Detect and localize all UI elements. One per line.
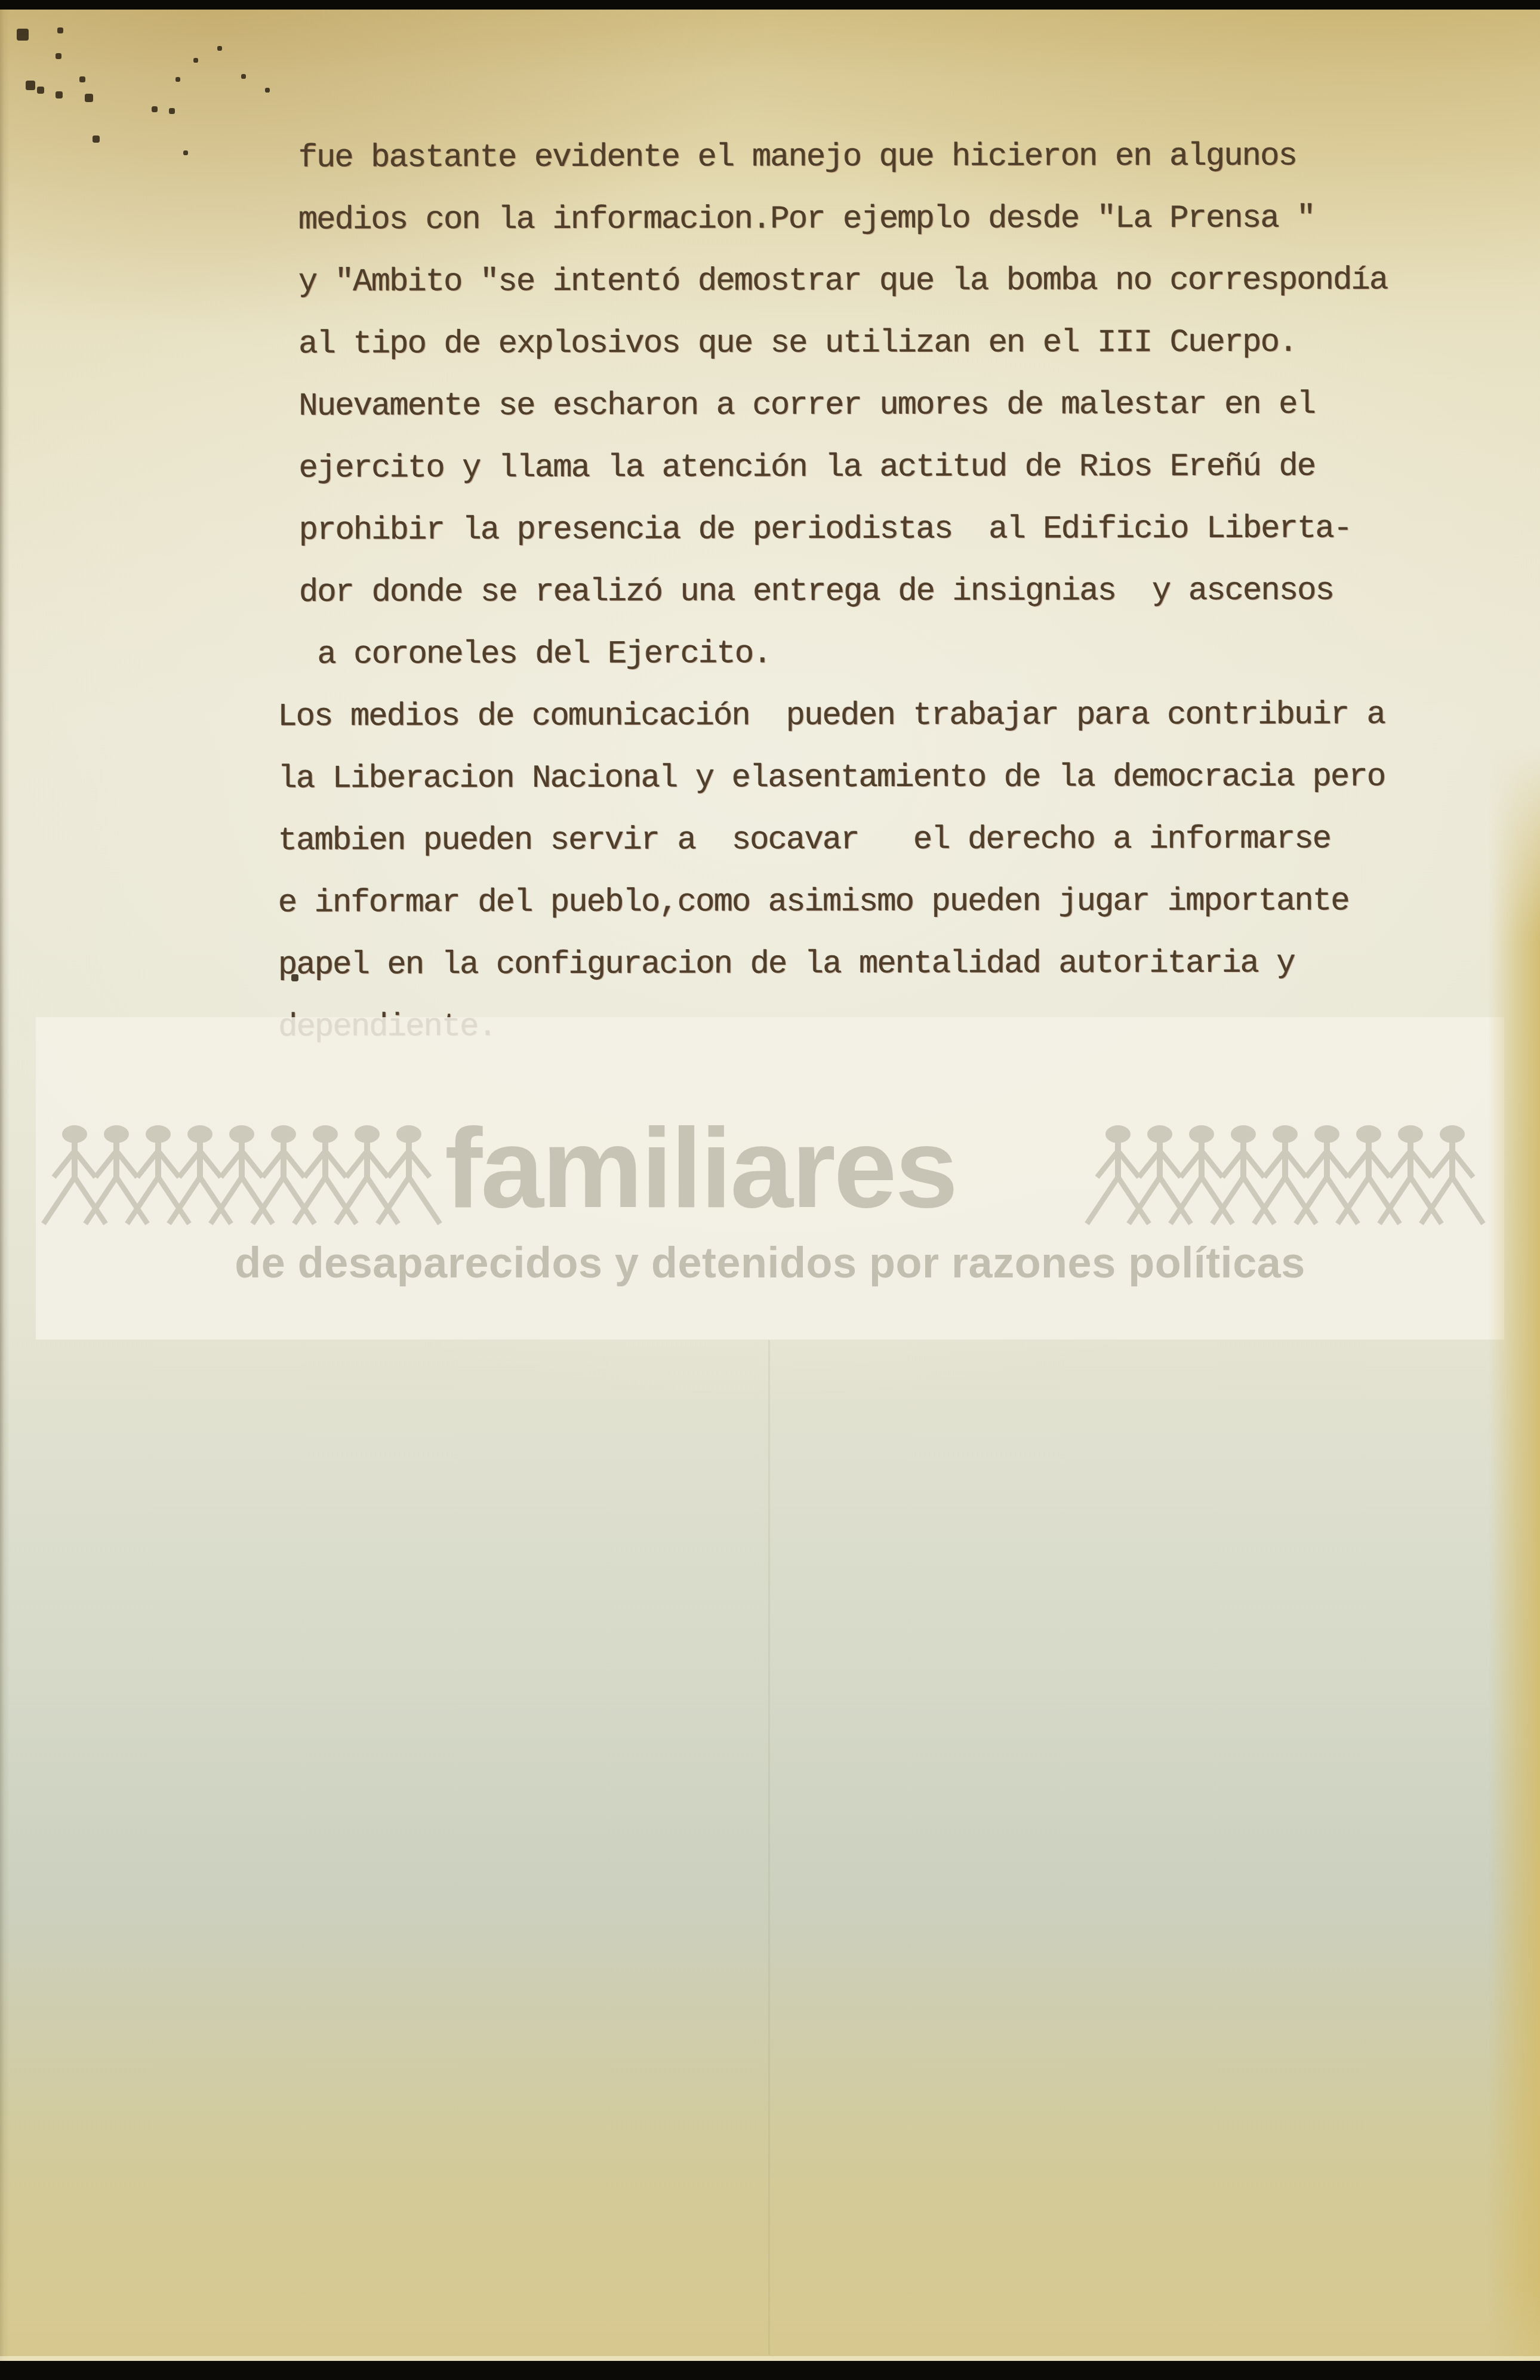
typewritten-line: papel en la configuracion de la mentalid… (278, 932, 1496, 997)
typewritten-line: medios con la informacion.Por ejemplo de… (277, 187, 1495, 252)
typewritten-line: dor donde se realizó una entrega de insi… (278, 560, 1495, 624)
typewritten-line: e informar del pueblo,como asimismo pued… (278, 870, 1496, 935)
scan-border-top (0, 0, 1540, 10)
watermark-band: familiares de desaparecidos y detenidos … (36, 1017, 1504, 1340)
scan-border-bottom (0, 2361, 1540, 2380)
typewritten-line: y "Ambito "se intentó demostrar que la b… (277, 250, 1495, 314)
typewritten-line: tambien pueden servir a socavar el derec… (278, 808, 1496, 873)
paper-doll-chain-left-icon (54, 1123, 430, 1229)
watermark-title: familiares (445, 1112, 956, 1225)
scan-bottom-glow (0, 2356, 1540, 2361)
typewritten-line: al tipo de explosivos que se utilizan en… (277, 312, 1495, 376)
typewritten-line: Los medios de comunicación pueden trabaj… (278, 684, 1495, 749)
typewritten-line: prohibir la presencia de periodistas al … (278, 498, 1495, 562)
typewritten-text-block: fue bastante evidente el manejo que hici… (277, 125, 1496, 1059)
paper-doll-chain-right-icon (1097, 1123, 1473, 1229)
typewritten-line: Nuevamente se escharon a correr umores d… (277, 374, 1495, 438)
typewritten-line: ejercito y llama la atención la actitud … (278, 436, 1495, 500)
scanned-page: fue bastante evidente el manejo que hici… (0, 0, 1540, 2380)
right-edge-strip (1489, 746, 1540, 2380)
typewritten-line: fue bastante evidente el manejo que hici… (277, 125, 1495, 190)
typewritten-line: la Liberacion Nacional y elasentamiento … (278, 746, 1495, 811)
typewritten-line: a coroneles del Ejercito. (278, 622, 1495, 686)
watermark-subtitle: de desaparecidos y detenidos por razones… (36, 1239, 1504, 1287)
fold-line (768, 1340, 770, 2355)
